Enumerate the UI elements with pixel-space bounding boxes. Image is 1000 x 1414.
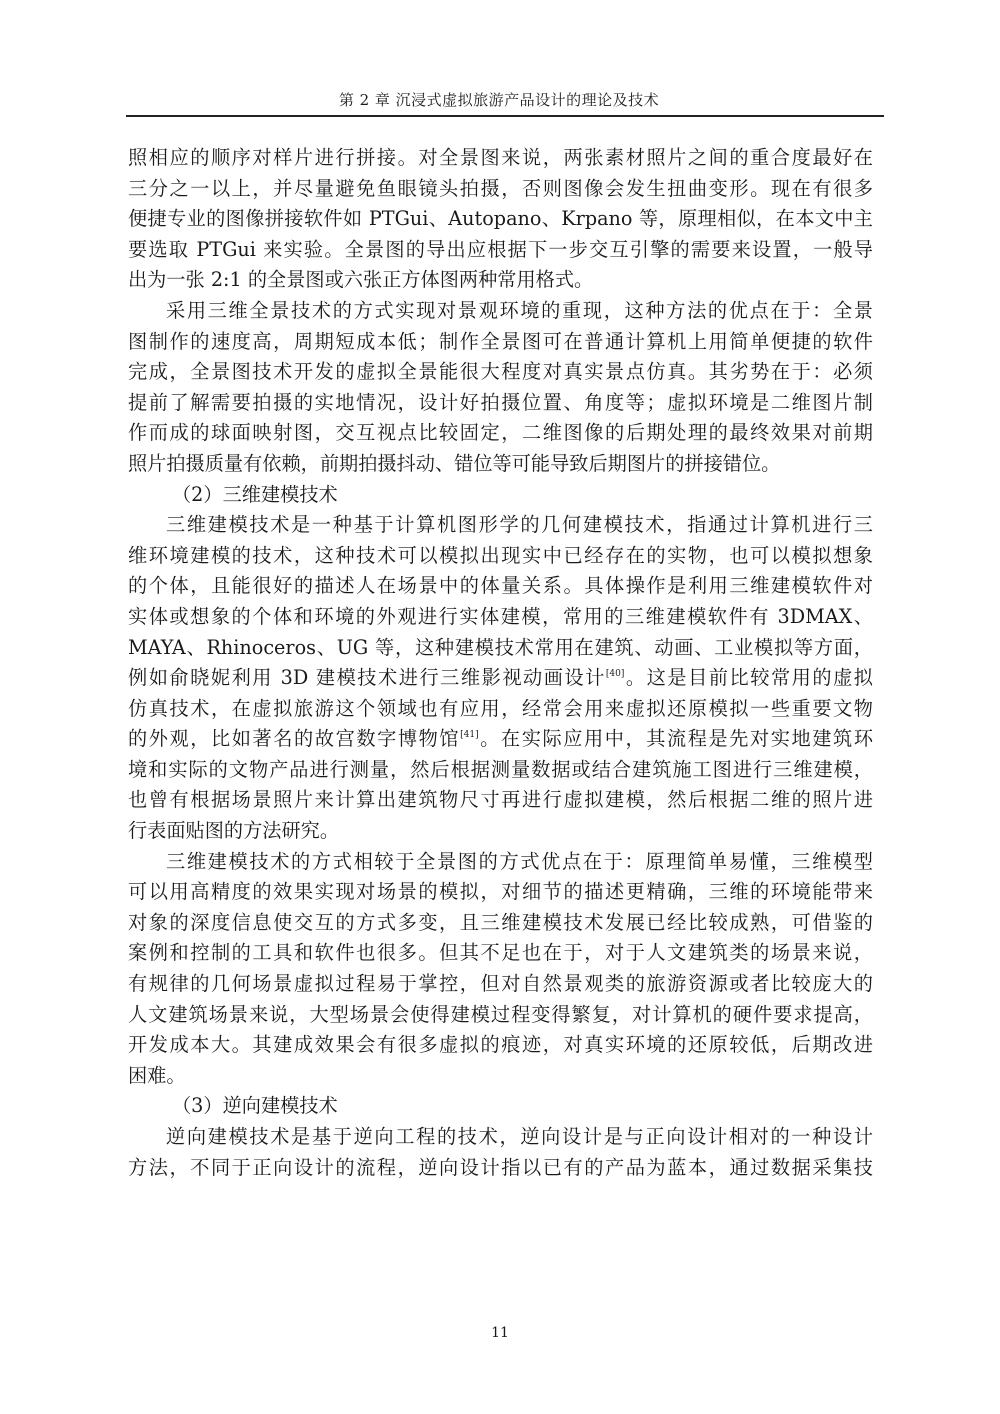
text-line: 维环境建模的技术，这种技术可以模拟出现实中已经存在的实物，也可以模拟想象 xyxy=(128,541,873,572)
line-text: （3）逆向建模技术 xyxy=(172,1094,338,1117)
text-line: 人文建筑场景来说，大型场景会使得建模过程变得繁复，对计算机的硬件要求提高， xyxy=(128,1000,873,1031)
line-text: 人文建筑场景来说，大型场景会使得建模过程变得繁复，对计算机的硬件要求提高， xyxy=(128,1003,873,1026)
line-text: 出为一张 2:1 的全景图或六张正方体图两种常用格式。 xyxy=(128,268,593,291)
text-line: 三维建模技术是一种基于计算机图形学的几何建模技术，指通过计算机进行三 xyxy=(128,510,873,541)
line-text: 开发成本大。其建成效果会有很多虚拟的痕迹，对真实环境的还原较低，后期改进 xyxy=(128,1033,873,1056)
line-text: 便捷专业的图像拼接软件如 PTGui、Autopano、Krpano 等，原理相… xyxy=(128,207,873,230)
line-text: 困难。 xyxy=(128,1064,186,1087)
running-header-title: 第 2 章 沉浸式虚拟旅游产品设计的理论及技术 xyxy=(128,89,870,110)
section-heading: （3）逆向建模技术 xyxy=(128,1091,873,1122)
header-rule xyxy=(126,115,884,117)
text-line: 例如俞晓妮利用 3D 建模技术进行三维影视动画设计[40]。这是目前比较常用的虚… xyxy=(128,663,873,694)
text-line: 出为一张 2:1 的全景图或六张正方体图两种常用格式。 xyxy=(128,265,873,296)
text-line: 可以用高精度的效果实现对场景的模拟，对细节的描述更精确，三维的环境能带来 xyxy=(128,877,873,908)
text-line: MAYA、Rhinoceros、UG 等，这种建模技术常用在建筑、动画、工业模拟… xyxy=(128,633,873,664)
body-text: 照相应的顺序对样片进行拼接。对全景图来说，两张素材照片之间的重合度最好在三分之一… xyxy=(128,143,873,1183)
text-line: 的个体，且能很好的描述人在场景中的体量关系。具体操作是利用三维建模软件对 xyxy=(128,571,873,602)
line-text: 案例和控制的工具和软件也很多。但其不足也在于，对于人文建筑类的场景来说， xyxy=(128,941,873,964)
text-line: 方法，不同于正向设计的流程，逆向设计指以已有的产品为蓝本，通过数据采集技 xyxy=(128,1153,873,1184)
text-line: 的外观，比如著名的故宫数字博物馆[41]。在实际应用中，其流程是先对实地建筑环 xyxy=(128,724,873,755)
section-heading: （2）三维建模技术 xyxy=(128,480,873,511)
line-text: 。在实际应用中，其流程是先对实地建筑环 xyxy=(479,727,873,750)
citation-ref: [40] xyxy=(606,669,624,679)
line-text: 提前了解需要拍摄的实地情况，设计好拍摄位置、角度等；虚拟环境是二维图片制 xyxy=(128,391,873,414)
line-text: 。这是目前比较常用的虚拟 xyxy=(624,666,873,689)
line-text: 也曾有根据场景照片来计算出建筑物尺寸再进行虚拟建模，然后根据二维的照片进 xyxy=(128,788,873,811)
text-line: 照片拍摄质量有依赖，前期拍摄抖动、错位等可能导致后期图片的拼接错位。 xyxy=(128,449,873,480)
text-line: 完成，全景图技术开发的虚拟全景能很大程度对真实景点仿真。其劣势在于：必须 xyxy=(128,357,873,388)
text-line: 境和实际的文物产品进行测量，然后根据测量数据或结合建筑施工图进行三维建模， xyxy=(128,755,873,786)
line-text: 境和实际的文物产品进行测量，然后根据测量数据或结合建筑施工图进行三维建模， xyxy=(128,758,873,781)
line-text: 三分之一以上，并尽量避免鱼眼镜头拍摄，否则图像会发生扭曲变形。现在有很多 xyxy=(128,177,873,200)
line-text: 图制作的速度高，周期短成本低；制作全景图可在普通计算机上用简单便捷的软件 xyxy=(128,330,873,353)
citation-ref: [41] xyxy=(460,730,478,740)
text-line: 有规律的几何场景虚拟过程易于掌控，但对自然景观类的旅游资源或者比较庞大的 xyxy=(128,969,873,1000)
text-line: 仿真技术，在虚拟旅游这个领域也有应用，经常会用来虚拟还原模拟一些重要文物 xyxy=(128,694,873,725)
line-text: 作而成的球面映射图，交互视点比较固定，二维图像的后期处理的最终效果对前期 xyxy=(128,421,873,444)
line-text: 照片拍摄质量有依赖，前期拍摄抖动、错位等可能导致后期图片的拼接错位。 xyxy=(128,452,780,475)
text-line: 作而成的球面映射图，交互视点比较固定，二维图像的后期处理的最终效果对前期 xyxy=(128,418,873,449)
text-line: 要选取 PTGui 来实验。全景图的导出应根据下一步交互引擎的需要来设置，一般导 xyxy=(128,235,873,266)
text-line: 逆向建模技术是基于逆向工程的技术，逆向设计是与正向设计相对的一种设计 xyxy=(128,1122,873,1153)
line-text: 逆向建模技术是基于逆向工程的技术，逆向设计是与正向设计相对的一种设计 xyxy=(166,1125,873,1148)
line-text: 行表面贴图的方法研究。 xyxy=(128,819,339,842)
text-line: 开发成本大。其建成效果会有很多虚拟的痕迹，对真实环境的还原较低，后期改进 xyxy=(128,1030,873,1061)
text-line: 便捷专业的图像拼接软件如 PTGui、Autopano、Krpano 等，原理相… xyxy=(128,204,873,235)
line-text: 仿真技术，在虚拟旅游这个领域也有应用，经常会用来虚拟还原模拟一些重要文物 xyxy=(128,697,873,720)
text-line: 图制作的速度高，周期短成本低；制作全景图可在普通计算机上用简单便捷的软件 xyxy=(128,327,873,358)
line-text: 要选取 PTGui 来实验。全景图的导出应根据下一步交互引擎的需要来设置，一般导 xyxy=(128,238,873,261)
line-text: 维环境建模的技术，这种技术可以模拟出现实中已经存在的实物，也可以模拟想象 xyxy=(128,544,873,567)
text-line: 行表面贴图的方法研究。 xyxy=(128,816,873,847)
line-text: 的个体，且能很好的描述人在场景中的体量关系。具体操作是利用三维建模软件对 xyxy=(128,574,873,597)
line-text: （2）三维建模技术 xyxy=(172,483,338,506)
line-text: 方法，不同于正向设计的流程，逆向设计指以已有的产品为蓝本，通过数据采集技 xyxy=(128,1156,873,1179)
line-text: 例如俞晓妮利用 3D 建模技术进行三维影视动画设计 xyxy=(128,666,606,689)
text-line: 提前了解需要拍摄的实地情况，设计好拍摄位置、角度等；虚拟环境是二维图片制 xyxy=(128,388,873,419)
text-line: 也曾有根据场景照片来计算出建筑物尺寸再进行虚拟建模，然后根据二维的照片进 xyxy=(128,785,873,816)
line-text: 完成，全景图技术开发的虚拟全景能很大程度对真实景点仿真。其劣势在于：必须 xyxy=(128,360,873,383)
text-line: 困难。 xyxy=(128,1061,873,1092)
page-number: 11 xyxy=(0,1325,1000,1341)
line-text: 对象的深度信息使交互的方式多变，且三维建模技术发展已经比较成熟，可借鉴的 xyxy=(128,911,873,934)
text-line: 照相应的顺序对样片进行拼接。对全景图来说，两张素材照片之间的重合度最好在 xyxy=(128,143,873,174)
line-text: 照相应的顺序对样片进行拼接。对全景图来说，两张素材照片之间的重合度最好在 xyxy=(128,146,873,169)
line-text: 有规律的几何场景虚拟过程易于掌控，但对自然景观类的旅游资源或者比较庞大的 xyxy=(128,972,873,995)
text-line: 采用三维全景技术的方式实现对景观环境的重现，这种方法的优点在于：全景 xyxy=(128,296,873,327)
line-text: MAYA、Rhinoceros、UG 等，这种建模技术常用在建筑、动画、工业模拟… xyxy=(128,636,873,659)
text-line: 对象的深度信息使交互的方式多变，且三维建模技术发展已经比较成熟，可借鉴的 xyxy=(128,908,873,939)
line-text: 可以用高精度的效果实现对场景的模拟，对细节的描述更精确，三维的环境能带来 xyxy=(128,880,873,903)
text-line: 三维建模技术的方式相较于全景图的方式优点在于：原理简单易懂，三维模型 xyxy=(128,847,873,878)
line-text: 三维建模技术是一种基于计算机图形学的几何建模技术，指通过计算机进行三 xyxy=(166,513,873,536)
line-text: 实体或想象的个体和环境的外观进行实体建模，常用的三维建模软件有 3DMAX、 xyxy=(128,605,873,628)
line-text: 采用三维全景技术的方式实现对景观环境的重现，这种方法的优点在于：全景 xyxy=(166,299,873,322)
line-text: 三维建模技术的方式相较于全景图的方式优点在于：原理简单易懂，三维模型 xyxy=(166,850,873,873)
text-line: 案例和控制的工具和软件也很多。但其不足也在于，对于人文建筑类的场景来说， xyxy=(128,938,873,969)
line-text: 的外观，比如著名的故宫数字博物馆 xyxy=(128,727,460,750)
text-line: 实体或想象的个体和环境的外观进行实体建模，常用的三维建模软件有 3DMAX、 xyxy=(128,602,873,633)
text-line: 三分之一以上，并尽量避免鱼眼镜头拍摄，否则图像会发生扭曲变形。现在有很多 xyxy=(128,174,873,205)
